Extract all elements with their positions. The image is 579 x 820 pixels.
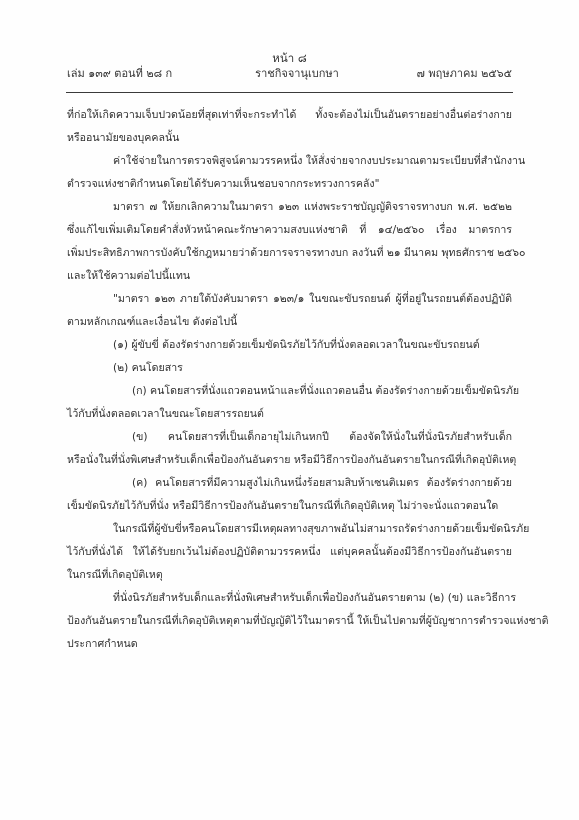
header-rule xyxy=(66,92,513,93)
document-body: ที่ก่อให้เกิดความเจ็บปวดน้อยที่สุดเท่าที… xyxy=(67,104,512,656)
running-header: เล่ม ๑๓๙ ตอนที่ ๒๘ ก ราชกิจจานุเบกษา ๗ พ… xyxy=(67,64,512,82)
body-line: ประกาศกำหนด xyxy=(67,633,512,656)
body-line: ที่ก่อให้เกิดความเจ็บปวดน้อยที่สุดเท่าที… xyxy=(67,104,512,127)
body-line: ตำรวจแห่งชาติกำหนดโดยได้รับความเห็นชอบจา… xyxy=(67,173,512,196)
body-line: หรือนั่งในที่นั่งพิเศษสำหรับเด็กเพื่อป้อ… xyxy=(67,449,512,472)
item-2-passengers: (๒) คนโดยสาร xyxy=(67,357,512,380)
section-123-start: "มาตรา ๑๒๓ ภายใต้บังคับมาตรา ๑๒๓/๑ ในขณะ… xyxy=(67,288,512,311)
exemption-paragraph: ในกรณีที่ผู้ขับขี่หรือคนโดยสารมีเหตุผลทา… xyxy=(67,518,512,541)
body-line: ป้องกันอันตรายในกรณีที่เกิดอุบัติเหตุตาม… xyxy=(67,610,512,633)
body-line: ในกรณีที่เกิดอุบัติเหตุ xyxy=(67,564,512,587)
subitem-b: (ข) คนโดยสารที่เป็นเด็กอายุไม่เกินหกปี ต… xyxy=(67,426,512,449)
subitem-c: (ค) คนโดยสารที่มีความสูงไม่เกินหนึ่งร้อย… xyxy=(67,472,512,495)
body-line: ตามหลักเกณฑ์และเงื่อนไข ดังต่อไปนี้ xyxy=(67,311,512,334)
body-line: เพิ่มประสิทธิภาพการบังคับใช้กฎหมายว่าด้ว… xyxy=(67,242,512,265)
body-line: หรืออนามัยของบุคคลนั้น xyxy=(67,127,512,150)
paragraph-start: ค่าใช้จ่ายในการตรวจพิสูจน์ตามวรรคหนึ่ง ใ… xyxy=(67,150,512,173)
volume-issue: เล่ม ๑๓๙ ตอนที่ ๒๘ ก xyxy=(67,64,172,82)
child-seat-paragraph: ที่นั่งนิรภัยสำหรับเด็กและที่นั่งพิเศษสำ… xyxy=(67,587,512,610)
body-line: ซึ่งแก้ไขเพิ่มเติมโดยคำสั่งหัวหน้าคณะรัก… xyxy=(67,219,512,242)
subitem-a: (ก) คนโดยสารที่นั่งแถวตอนหน้าและที่นั่งแ… xyxy=(67,380,512,403)
publication-name: ราชกิจจานุเบกษา xyxy=(227,64,367,82)
body-line: เข็มขัดนิรภัยไว้กับที่นั่ง หรือมีวิธีการ… xyxy=(67,495,512,518)
document-page: หน้า ๘ เล่ม ๑๓๙ ตอนที่ ๒๘ ก ราชกิจจานุเบ… xyxy=(0,0,579,820)
body-line: ไว้กับที่นั่งได้ ให้ได้รับยกเว้นไม่ต้องป… xyxy=(67,541,512,564)
section-7-heading: มาตรา ๗ ให้ยกเลิกความในมาตรา ๑๒๓ แห่งพระ… xyxy=(67,196,512,219)
item-1-driver: (๑) ผู้ขับขี่ ต้องรัดร่างกายด้วยเข็มขัดน… xyxy=(67,334,512,357)
body-line: และให้ใช้ความต่อไปนี้แทน xyxy=(67,265,512,288)
body-line: ไว้กับที่นั่งตลอดเวลาในขณะโดยสารรถยนต์ xyxy=(67,403,512,426)
publication-date: ๗ พฤษภาคม ๒๕๖๕ xyxy=(417,64,512,82)
